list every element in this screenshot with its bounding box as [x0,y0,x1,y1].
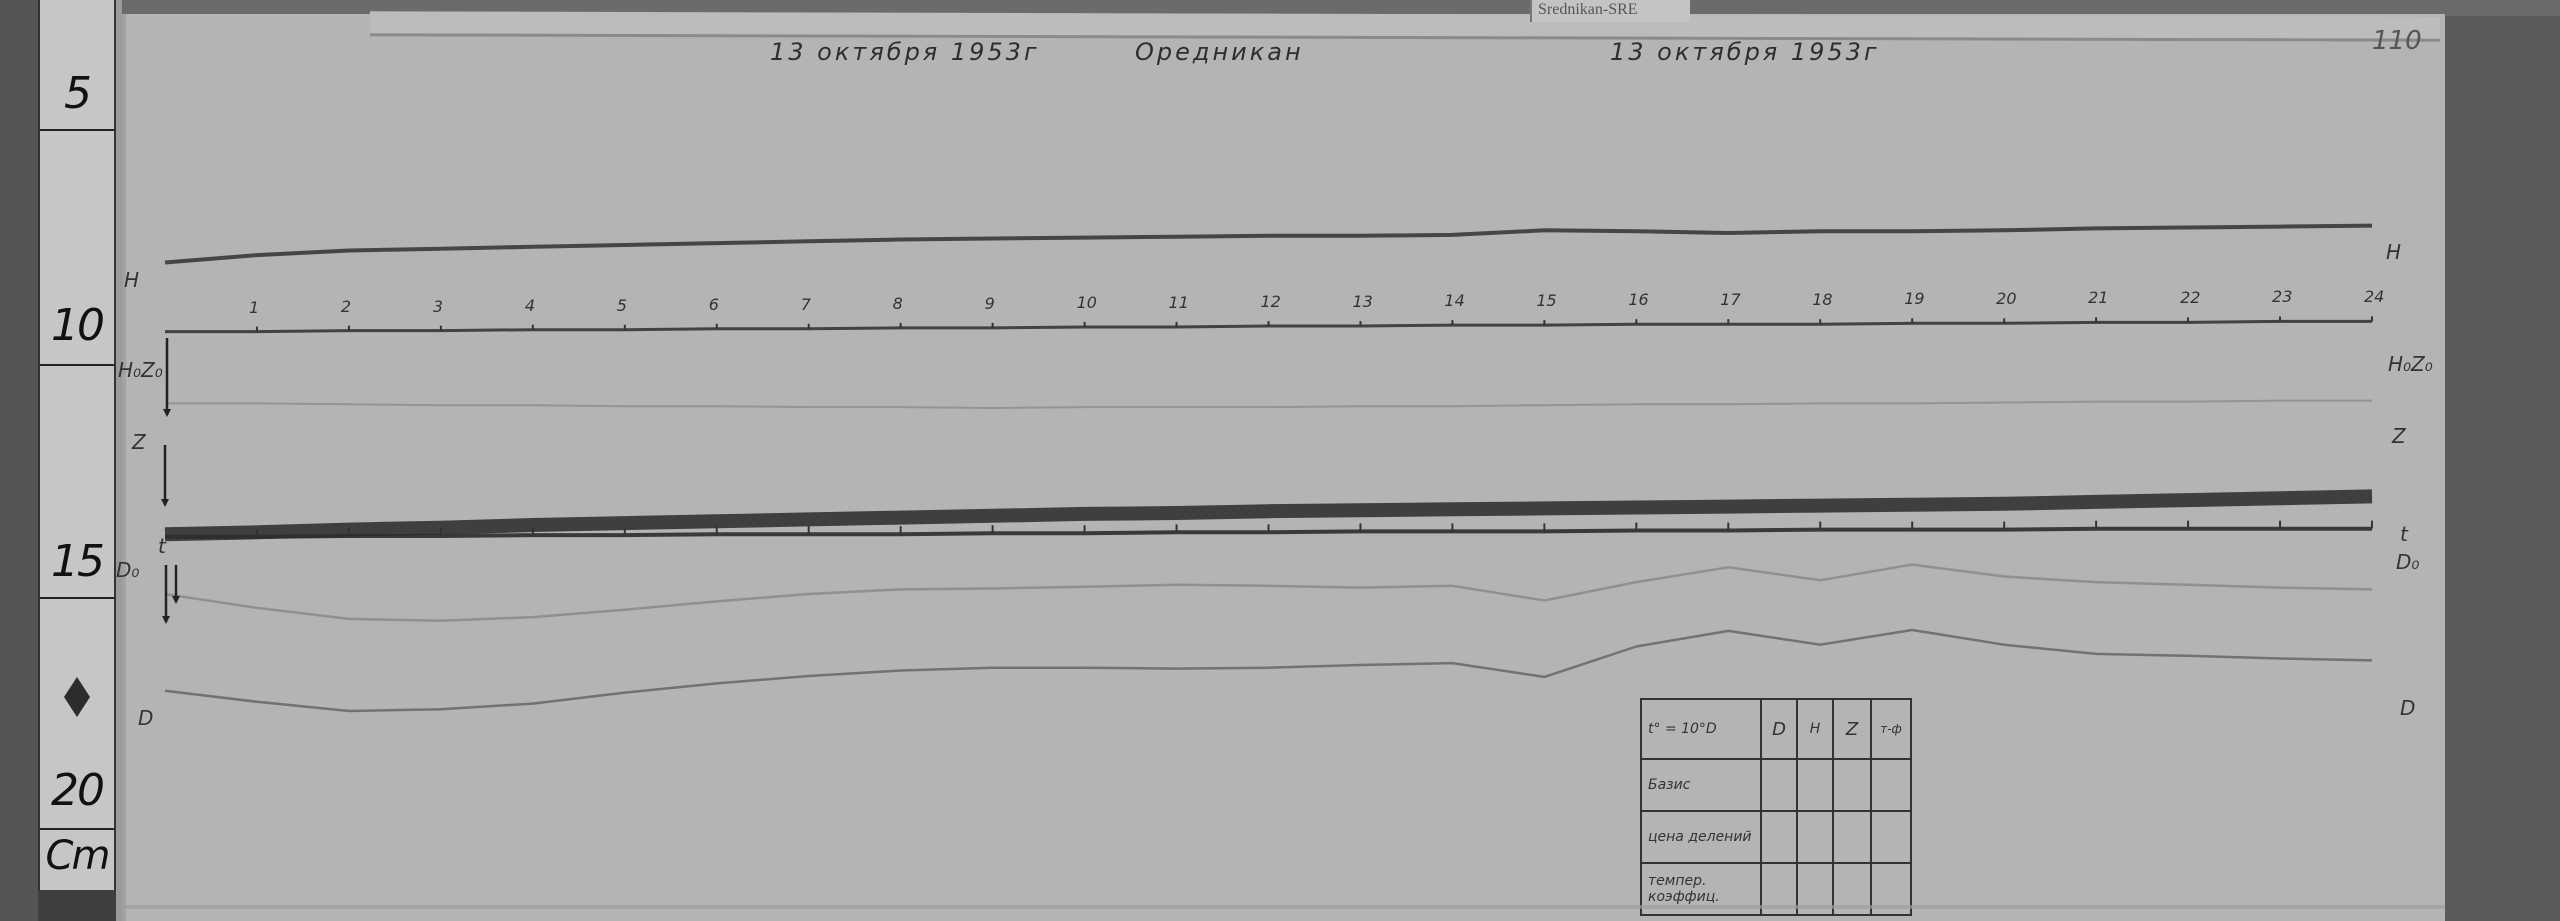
hour-label: 5 [617,296,627,315]
trace-z [165,401,2372,408]
table-cell [1761,811,1797,863]
hour-label: 6 [709,295,719,314]
table-cell [1833,759,1871,811]
table-row-label: цена делений [1641,811,1761,863]
table-row: цена делений [1641,811,1911,863]
magnetogram-traces [0,0,2560,921]
label-right-h0z0: H₀Z₀ [2388,352,2433,376]
table-header-cell: t° = 10°D [1641,699,1761,759]
hour-label: 20 [1996,289,2016,308]
arrow-head-icon [162,616,170,624]
table-cell [1797,759,1833,811]
label-right-z: Z [2392,424,2406,448]
table-cell [1871,811,1911,863]
trace-h [165,226,2372,263]
label-left-t: t [158,534,166,558]
hour-label: 13 [1352,292,1372,311]
hour-label: 14 [1444,291,1464,310]
hour-label: 10 [1077,293,1097,312]
hour-label: 2 [341,297,351,316]
hour-label: 18 [1812,290,1832,309]
hour-label: 24 [2364,287,2384,306]
label-left-d0: D₀ [116,558,139,582]
arrow-head-icon [172,596,180,604]
label-right-d: D [2400,696,2415,720]
table-row: Базис [1641,759,1911,811]
hour-label: 12 [1261,292,1281,311]
label-left-d: D [138,706,153,730]
table-header-cell: H [1797,699,1833,759]
trace-d-upper-trace- [165,565,2372,621]
label-right-t: t [2400,522,2408,546]
calibration-table: t° = 10°D D H Z т-ф Базис цена делений т… [1640,698,1912,916]
hour-label: 22 [2180,288,2200,307]
table-header-cell: т-ф [1871,699,1911,759]
label-right-d0: D₀ [2396,550,2419,574]
hour-label: 17 [1720,290,1740,309]
label-left-h0z0: H₀Z₀ [118,358,163,382]
label-left-z: Z [132,430,146,454]
table-header-cell: Z [1833,699,1871,759]
hour-label: 23 [2272,287,2292,306]
hour-label: 11 [1169,293,1189,312]
hour-label: 19 [1904,289,1924,308]
hour-label: 9 [985,294,995,313]
hour-label: 3 [433,297,443,316]
hour-label: 4 [525,296,535,315]
hour-label: 15 [1536,291,1556,310]
arrow-head-icon [161,499,169,507]
hour-label: 8 [893,294,903,313]
trace-d [165,630,2372,711]
hour-label: 1 [249,298,259,317]
table-cell [1761,759,1797,811]
table-cell [1833,811,1871,863]
table-cell [1797,811,1833,863]
hour-label: 7 [801,295,811,314]
hour-label: 16 [1628,290,1648,309]
table-header-row: t° = 10°D D H Z т-ф [1641,699,1911,759]
hour-label: 21 [2088,288,2108,307]
table-cell [1871,759,1911,811]
label-right-h: H [2386,240,2401,264]
table-row-label: Базис [1641,759,1761,811]
table-header-cell: D [1761,699,1797,759]
bottom-smear [120,905,2445,909]
arrow-head-icon [163,409,171,417]
label-left-h: H [124,268,139,292]
